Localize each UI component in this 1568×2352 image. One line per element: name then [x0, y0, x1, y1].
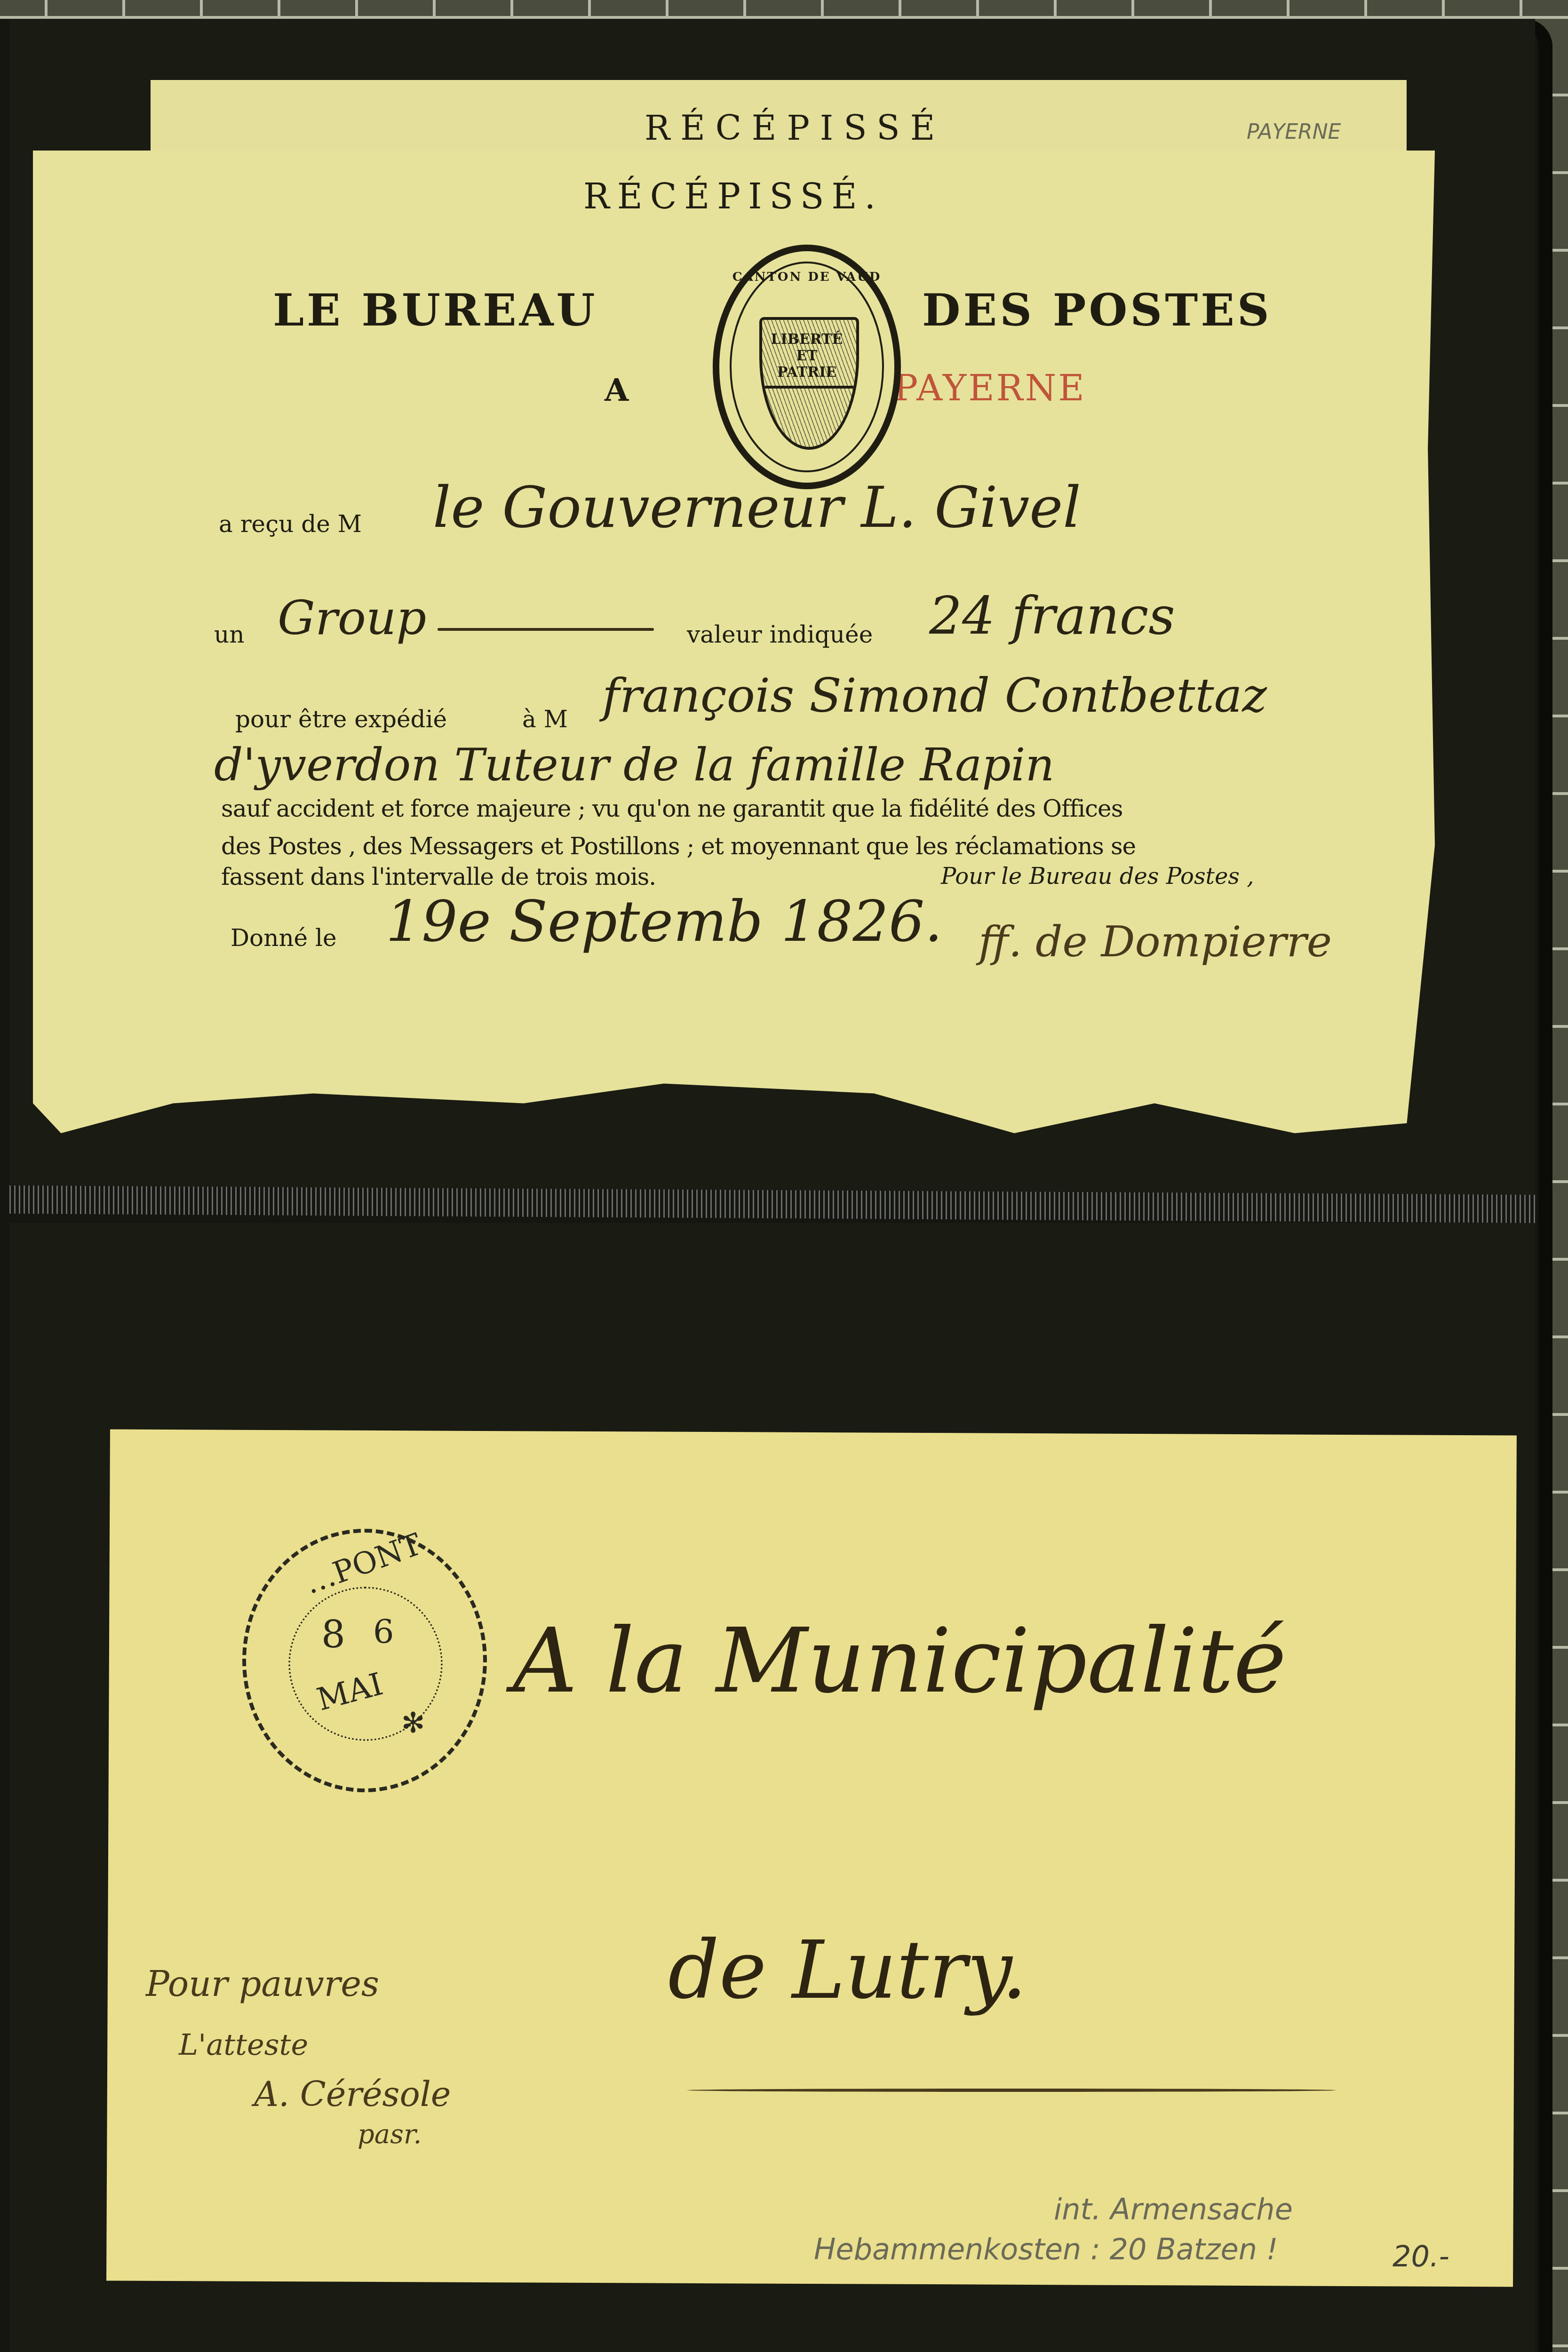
receipt-header-right: DES POSTES	[922, 285, 1272, 336]
underlying-receipt-title: RÉCÉPISSÉ	[645, 108, 945, 148]
receipt-terms-line2: des Postes , des Messagers et Postillons…	[221, 833, 1136, 860]
town-cancel-payerne: PAYERNE	[894, 367, 1086, 409]
note-pour-pauvres: Pour pauvres	[146, 1964, 379, 2004]
postmark-day: 8	[321, 1613, 345, 1656]
given-on-label: Donné le	[231, 924, 337, 952]
postmaster-signature: ff. de Dompierre	[979, 917, 1332, 967]
note-atteste: L'atteste	[179, 2027, 308, 2062]
address-flourish	[687, 2089, 1336, 2092]
circular-postmark-icon: …PONT 8 6 MAI ✻	[242, 1529, 487, 1792]
declared-value-label: valeur indiquée	[687, 621, 873, 648]
to-m-label: à M	[522, 706, 568, 733]
receipt-header-left: LE BUREAU	[273, 285, 598, 336]
pencil-note-payerne: PAYERNE	[1247, 120, 1341, 144]
address-line2: de Lutry.	[668, 1924, 1027, 2017]
received-from-label: a reçu de M	[219, 510, 362, 538]
item-underline	[438, 628, 654, 631]
canton-vaud-seal-icon: CANTON DE VAUD LIBERTÉ ET PATRIE	[713, 245, 901, 489]
seal-ring-text: CANTON DE VAUD	[719, 270, 894, 284]
seal-patrie: PATRIE	[719, 364, 894, 381]
note-pasteur: pasr.	[358, 2119, 422, 2150]
recipient-handwritten: françois Simond Contbettaz	[602, 668, 1267, 723]
pencil-price: 20.-	[1393, 2239, 1449, 2273]
item-label: un	[214, 621, 244, 648]
receipt-terms-line3: fassent dans l'intervalle de trois mois.	[221, 863, 656, 890]
receipt-terms-line1: sauf accident et force majeure ; vu qu'o…	[221, 795, 1122, 822]
receipt-closing: Pour le Bureau des Postes ,	[941, 863, 1254, 890]
pencil-note-line1: int. Armensache	[1054, 2192, 1293, 2226]
address-line1: A la Municipalité	[513, 1609, 1287, 1713]
postmark-flower-icon: ✻	[401, 1707, 425, 1740]
receipt-title: RÉCÉPISSÉ.	[583, 176, 883, 217]
pencil-note-line2: Hebammenkosten : 20 Batzen !	[814, 2232, 1278, 2266]
postmark-year-fragment: 6	[373, 1613, 394, 1651]
item-handwritten: Group	[278, 590, 426, 645]
declared-value-handwritten: 24 francs	[929, 586, 1175, 646]
date-handwritten: 19e Septemb 1826.	[386, 889, 942, 954]
seal-liberte: LIBERTÉ	[719, 331, 894, 348]
to-be-sent-label: pour être expédié	[235, 706, 447, 733]
seal-et: ET	[719, 348, 894, 364]
recipient-line2-handwritten: d'yverdon Tuteur de la famille Rapin	[214, 739, 1054, 791]
receipt-header-a: A	[605, 372, 629, 408]
note-ceresole-signature: A. Cérésole	[254, 2074, 451, 2114]
received-from-handwritten: le Gouverneur L. Givel	[433, 475, 1081, 540]
